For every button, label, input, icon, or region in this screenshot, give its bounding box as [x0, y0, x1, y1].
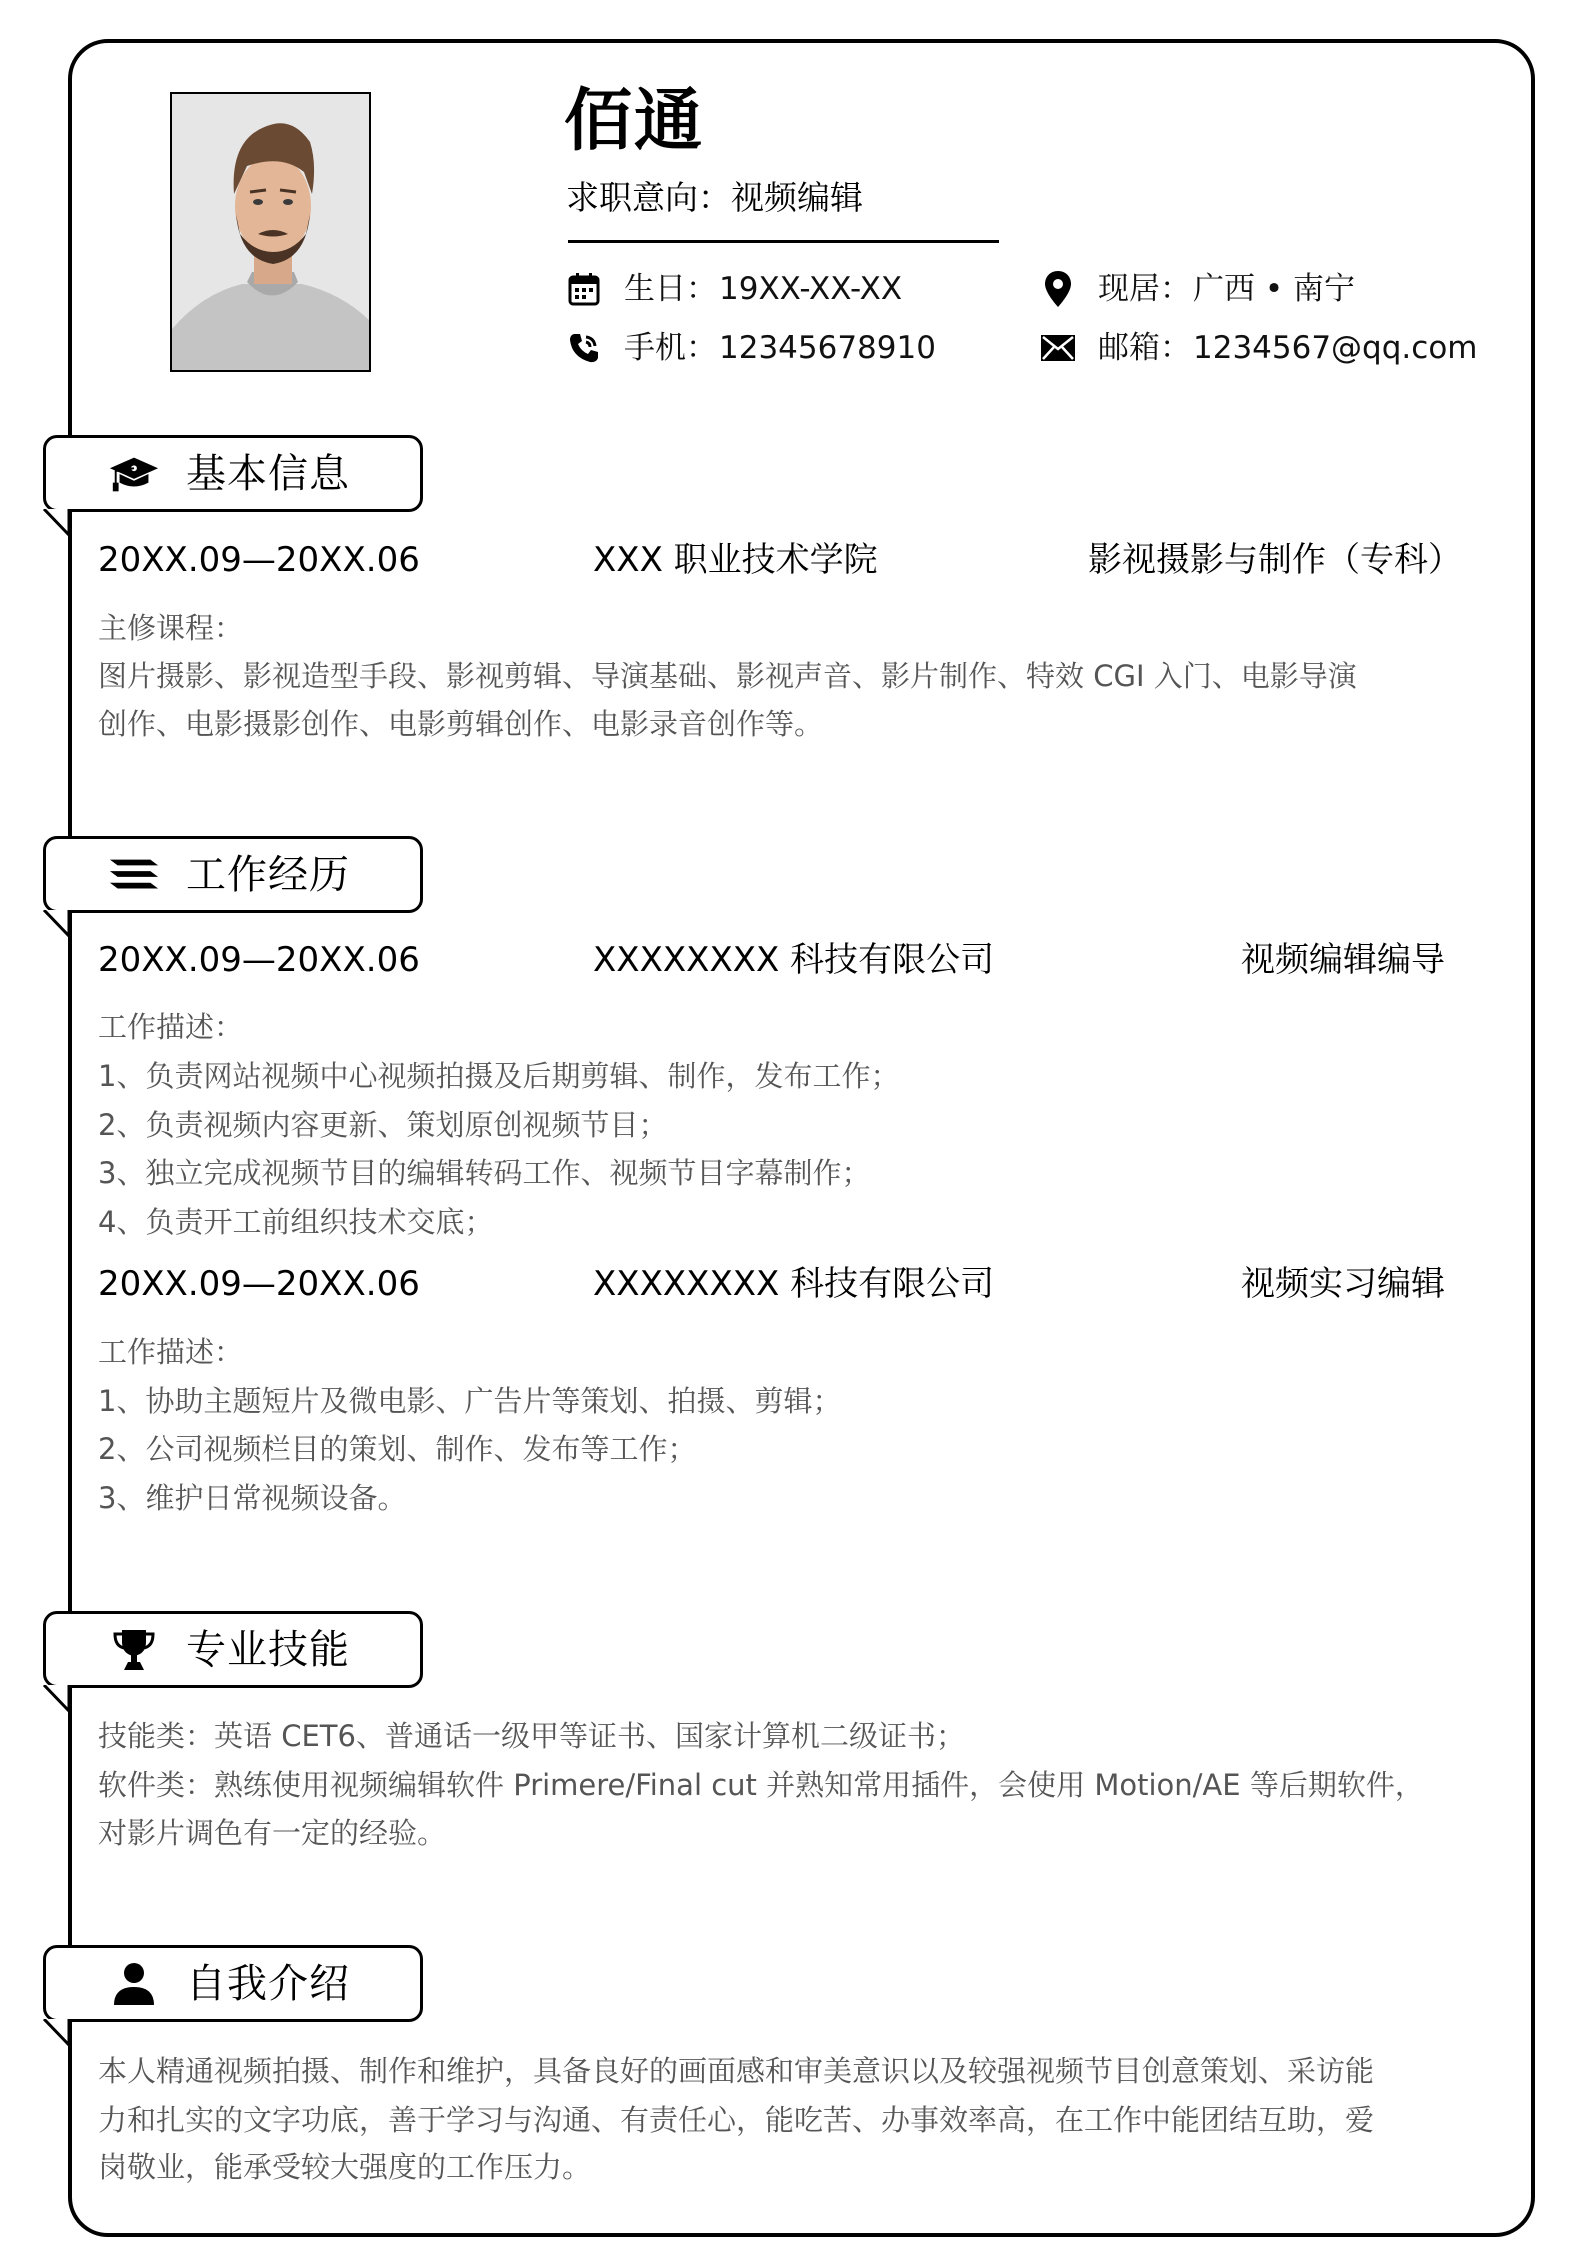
job-desc-item: 4、负责开工前组织技术交底；: [98, 1202, 493, 1242]
job-desc-item: 2、公司视频栏目的策划、制作、发布等工作；: [98, 1429, 696, 1469]
section-title: 基本信息: [186, 454, 350, 494]
graduation-cap-icon: [108, 454, 160, 494]
job-period: 20XX.09—20XX.06: [98, 938, 420, 982]
job-position: 视频编辑编导: [1241, 938, 1445, 982]
location-pin-icon: [1040, 271, 1076, 307]
job-desc-item: 3、维护日常视频设备。: [98, 1478, 406, 1518]
calendar-icon: [566, 271, 602, 307]
trophy-icon: [108, 1630, 160, 1670]
info-birthday: 生日： 19XX-XX-XX: [566, 269, 902, 309]
education-major: 影视摄影与制作（专科）: [1088, 538, 1462, 582]
skills-line: 对影片调色有一定的经验。: [98, 1813, 446, 1853]
tab-fold: [43, 509, 71, 537]
job-desc-item: 2、负责视频内容更新、策划原创视频节目；: [98, 1105, 667, 1145]
education-period: 20XX.09—20XX.06: [98, 538, 420, 582]
job-intent-label: 求职意向：: [566, 178, 731, 217]
job-period: 20XX.09—20XX.06: [98, 1262, 420, 1306]
job-position: 视频实习编辑: [1241, 1262, 1445, 1306]
job-company: XXXXXXXX 科技有限公司: [593, 1262, 994, 1306]
job-intent: 求职意向：视频编辑: [566, 176, 863, 220]
section-header-work: 工作经历: [43, 836, 423, 913]
education-school: XXX 职业技术学院: [593, 538, 878, 582]
job-desc-label: 工作描述：: [98, 1007, 243, 1047]
section-title: 工作经历: [186, 855, 350, 895]
section-header-skills: 专业技能: [43, 1611, 423, 1688]
location-value: 广西 • 南宁: [1193, 269, 1355, 309]
email-value: 1234567@qq.com: [1193, 328, 1477, 368]
layers-icon: [108, 855, 160, 895]
email-label: 邮箱：: [1098, 328, 1191, 368]
job-desc-label: 工作描述：: [98, 1332, 243, 1372]
job-desc-item: 1、负责网站视频中心视频拍摄及后期剪辑、制作，发布工作；: [98, 1056, 899, 1096]
user-icon: [108, 1964, 160, 2004]
section-header-intro: 自我介绍: [43, 1945, 423, 2022]
header-divider: [568, 240, 999, 243]
info-location: 现居： 广西 • 南宁: [1040, 269, 1355, 309]
person-portrait-icon: [172, 94, 371, 372]
phone-label: 手机：: [624, 328, 717, 368]
birthday-label: 生日：: [624, 269, 717, 309]
tab-fold: [43, 2019, 71, 2047]
courses-label: 主修课程：: [98, 608, 243, 648]
job-desc-item: 1、协助主题短片及微电影、广告片等策划、拍摄、剪辑；: [98, 1381, 841, 1421]
phone-icon: [566, 330, 602, 366]
intro-line: 岗敬业，能承受较大强度的工作压力。: [98, 2147, 591, 2187]
tab-fold: [43, 1685, 71, 1713]
courses-line: 创作、电影摄影创作、电影剪辑创作、电影录音创作等。: [98, 704, 823, 744]
job-desc-item: 3、独立完成视频节目的编辑转码工作、视频节目字幕制作；: [98, 1153, 870, 1193]
job-intent-value: 视频编辑: [731, 178, 863, 217]
candidate-name: 佰通: [564, 88, 704, 156]
intro-line: 本人精通视频拍摄、制作和维护，具备良好的画面感和审美意识以及较强视频节目创意策划…: [98, 2051, 1374, 2091]
phone-value: 12345678910: [719, 328, 936, 368]
section-title: 自我介绍: [186, 1964, 350, 2004]
birthday-value: 19XX-XX-XX: [719, 269, 902, 309]
job-company: XXXXXXXX 科技有限公司: [593, 938, 994, 982]
section-title: 专业技能: [186, 1630, 350, 1670]
intro-line: 力和扎实的文字功底，善于学习与沟通、有责任心，能吃苦、办事效率高，在工作中能团结…: [98, 2100, 1374, 2140]
skills-line: 技能类：英语 CET6、普通话一级甲等证书、国家计算机二级证书；: [98, 1716, 965, 1756]
envelope-icon: [1040, 330, 1076, 366]
profile-photo: [170, 92, 371, 372]
section-header-education: 基本信息: [43, 435, 423, 512]
skills-line: 软件类：熟练使用视频编辑软件 Primere/Final cut 并熟知常用插件…: [98, 1765, 1424, 1805]
info-email: 邮箱： 1234567@qq.com: [1040, 328, 1477, 368]
tab-fold: [43, 910, 71, 938]
location-label: 现居：: [1098, 269, 1191, 309]
info-phone: 手机： 12345678910: [566, 328, 936, 368]
courses-line: 图片摄影、影视造型手段、影视剪辑、导演基础、影视声音、影片制作、特效 CGI 入…: [98, 656, 1357, 696]
